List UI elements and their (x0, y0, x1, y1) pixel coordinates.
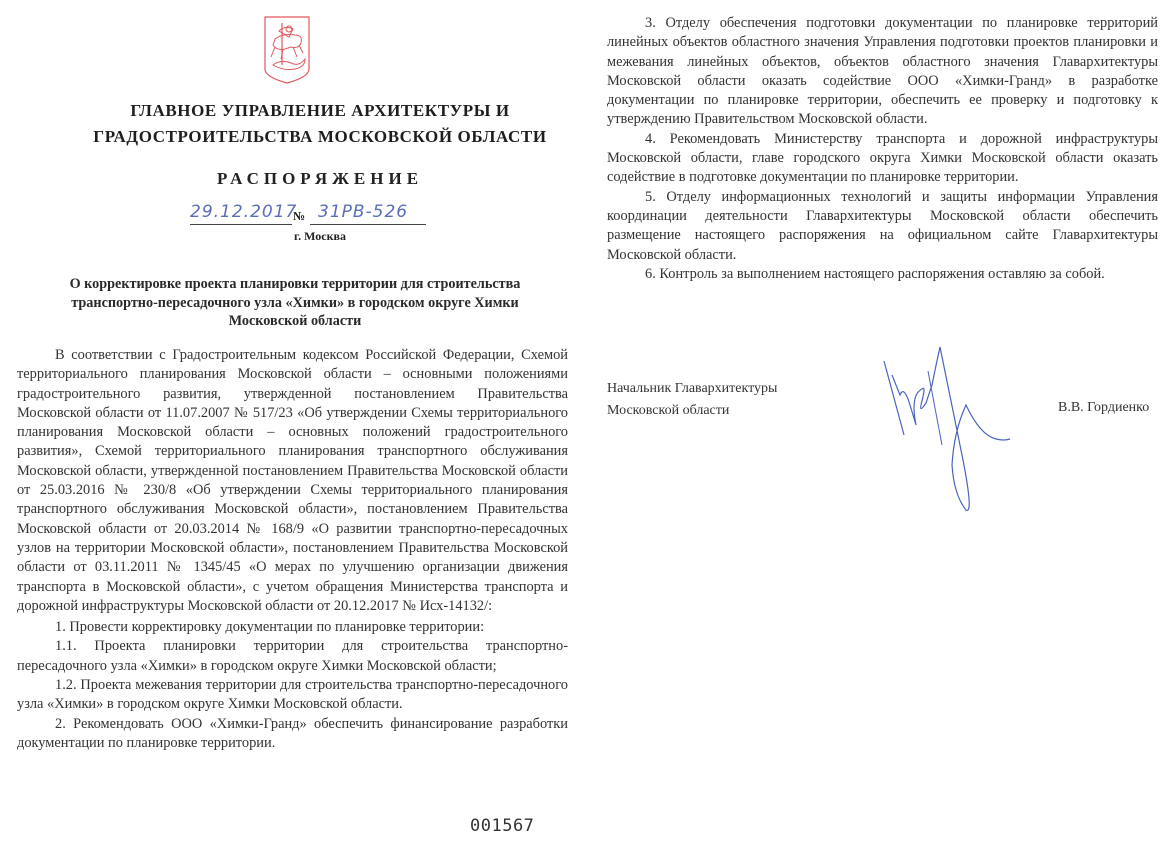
item-2: 2. Рекомендовать ООО «Химки-Гранд» обесп… (17, 715, 568, 754)
handwritten-signature-icon (870, 345, 1040, 515)
item-3: 3. Отделу обеспечения подготовки докумен… (607, 14, 1158, 130)
body-text: В соответствии с Градостроительным кодек… (17, 346, 568, 753)
signatory-role: Начальник Главархитектуры Московской обл… (607, 378, 777, 422)
organization-name-line-2: ГРАДОСТРОИТЕЛЬСТВА МОСКОВСКОЙ ОБЛАСТИ (60, 124, 580, 150)
item-1-1: 1.1. Проекта планировки территории для с… (17, 637, 568, 676)
document-number: 31РВ-526 (318, 202, 408, 222)
title-line: Московской области (40, 312, 550, 331)
city: г. Москва (60, 229, 580, 244)
stamp-number: 001567 (470, 816, 534, 836)
signatory-role-line: Начальник Главархитектуры (607, 378, 777, 400)
number-underline (310, 224, 426, 225)
document-title: О корректировке проекта планировки терри… (40, 275, 550, 331)
date-number-line: 29.12.2017 № 31РВ-526 (190, 200, 430, 226)
item-6: 6. Контроль за выполнением настоящего ра… (607, 265, 1158, 284)
document-type: РАСПОРЯЖЕНИЕ (60, 169, 580, 189)
preamble-paragraph: В соответствии с Градостроительным кодек… (17, 346, 568, 616)
signatory-name: В.В. Гордиенко (1058, 400, 1149, 416)
title-line: транспортно-пересадочного узла «Химки» в… (40, 294, 550, 313)
organization-name-line-1: ГЛАВНОЕ УПРАВЛЕНИЕ АРХИТЕКТУРЫ И (60, 98, 580, 124)
item-5: 5. Отделу информационных технологий и за… (607, 188, 1158, 265)
left-page: ГЛАВНОЕ УПРАВЛЕНИЕ АРХИТЕКТУРЫ И ГРАДОСТ… (0, 0, 590, 849)
coat-of-arms-icon (263, 15, 311, 85)
date-underline (190, 224, 292, 225)
signatory-role-line: Московской области (607, 400, 777, 422)
document-date: 29.12.2017 (190, 202, 297, 222)
body-text-continued: 3. Отделу обеспечения подготовки докумен… (607, 14, 1158, 284)
item-1: 1. Провести корректировку документации п… (17, 618, 568, 637)
item-1-2: 1.2. Проекта межевания территории для ст… (17, 676, 568, 715)
title-line: О корректировке проекта планировки терри… (40, 275, 550, 294)
number-sign: № (293, 209, 305, 224)
right-page: 3. Отделу обеспечения подготовки докумен… (590, 0, 1176, 849)
item-4: 4. Рекомендовать Министерству транспорта… (607, 130, 1158, 188)
